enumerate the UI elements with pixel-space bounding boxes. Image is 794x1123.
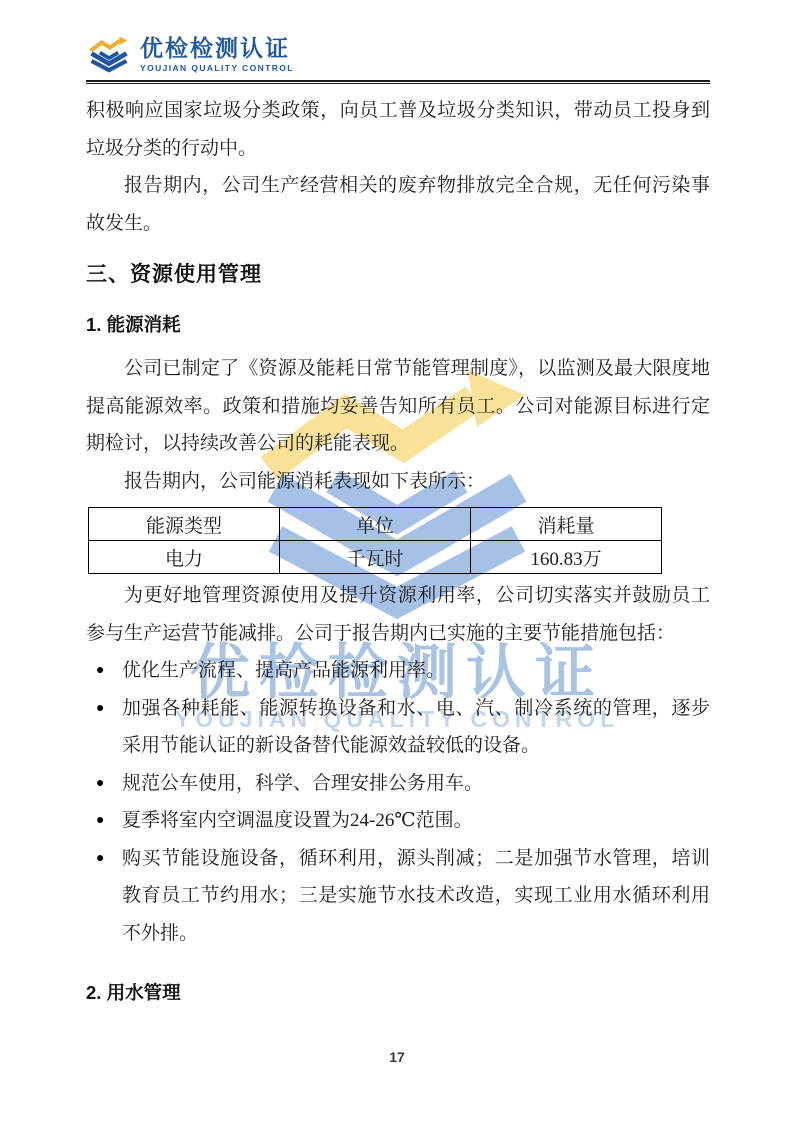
header-divider [86,80,710,84]
table-header-cell: 消耗量 [471,508,662,541]
list-item: 购买节能设施设备，循环利用，源头削减；二是加强节水管理，培训教育员工节约用水；三… [86,840,710,953]
list-item: 规范公车使用，科学、合理安排公务用车。 [86,765,710,803]
table-cell: 千瓦时 [280,541,471,574]
logo-subtitle: YOUJIAN QUALITY CONTROL [140,63,294,73]
paragraph-energy-policy: 公司已制定了《资源及能耗日常节能管理制度》，以监测及最大限度地提高能源效率。政策… [86,350,710,463]
energy-consumption-table: 能源类型 单位 消耗量 电力 千瓦时 160.83万 [88,507,662,574]
table-header-cell: 单位 [280,508,471,541]
energy-measures-list: 优化生产流程、提高产品能源利用率。 加强各种耗能、能源转换设备和水、电、汽、制冷… [86,652,710,952]
sub-heading-energy-consumption: 1. 能源消耗 [86,310,710,340]
table-cell: 电力 [89,541,280,574]
list-item: 优化生产流程、提高产品能源利用率。 [86,652,710,690]
page-number: 17 [0,1049,794,1065]
section-heading-resource-management: 三、资源使用管理 [86,258,710,292]
page-content: 优检检测认证 YOUJIAN QUALITY CONTROL 积极响应国家垃圾分… [0,0,794,1008]
table-header-row: 能源类型 单位 消耗量 [89,508,662,541]
table-header-cell: 能源类型 [89,508,280,541]
company-logo-icon [86,35,132,73]
logo-title: 优检检测认证 [140,35,294,61]
paragraph-resource-management: 为更好地管理资源使用及提升资源利用率，公司切实落实并鼓励员工参与生产运营节能减排… [86,577,710,652]
page-header: 优检检测认证 YOUJIAN QUALITY CONTROL [86,0,710,80]
document-page: 优检检测认证 YOUJIAN QUALITY CONTROL 优检检测认证 YO… [0,0,794,1123]
list-item: 加强各种耗能、能源转换设备和水、电、汽、制冷系统的管理，逐步采用节能认证的新设备… [86,690,710,765]
paragraph-energy-table-intro: 报告期内，公司能源消耗表现如下表所示： [86,463,710,501]
table-row: 电力 千瓦时 160.83万 [89,541,662,574]
paragraph-waste-continuation: 积极响应国家垃圾分类政策，向员工普及垃圾分类知识，带动员工投身到垃圾分类的行动中… [86,92,710,167]
table-cell: 160.83万 [471,541,662,574]
logo-text-block: 优检检测认证 YOUJIAN QUALITY CONTROL [140,35,294,73]
sub-heading-water-management: 2. 用水管理 [86,978,710,1008]
paragraph-report-period: 报告期内，公司生产经营相关的废弃物排放完全合规，无任何污染事故发生。 [86,167,710,242]
list-item: 夏季将室内空调温度设置为24-26℃范围。 [86,802,710,840]
